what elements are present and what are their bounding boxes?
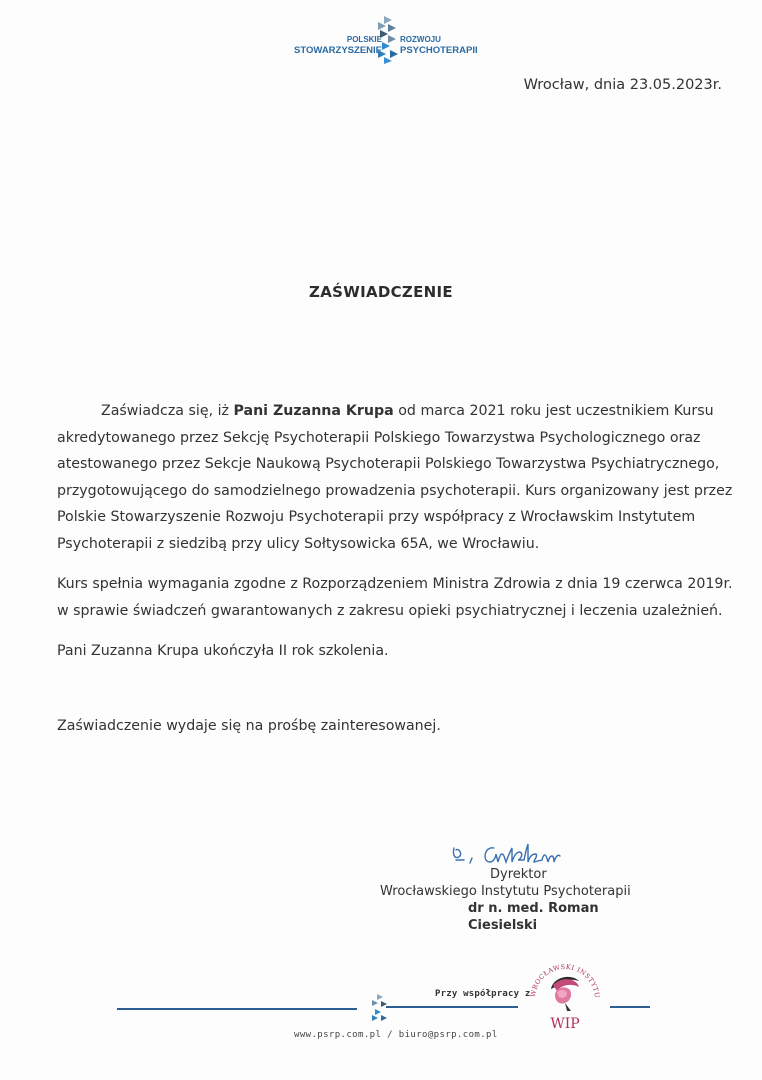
footer-contact: www.psrp.com.pl / biuro@psrp.com.pl: [294, 1030, 498, 1040]
footer-divider-right: [610, 1006, 650, 1008]
paragraph1-line4: przygotowującego do samodzielnego prowad…: [57, 478, 737, 505]
logo-text-left: POLSKIE STOWARZYSZENIE: [294, 34, 382, 56]
paragraph1-line6: Psychoterapii z siedzibą przy ulicy Sołt…: [57, 531, 737, 558]
logo-text-psychoterapii: PSYCHOTERAPII: [400, 45, 478, 56]
date-line: Wrocław, dnia 23.05.2023r.: [524, 77, 722, 93]
website-link[interactable]: www.psrp.com.pl: [294, 1030, 381, 1040]
paragraph-regulation: Kurs spełnia wymagania zgodne z Rozporzą…: [57, 571, 737, 624]
signature-block: Dyrektor Wrocławskiego Instytutu Psychot…: [380, 866, 640, 934]
paragraph1-line5: Polskie Stowarzyszenie Rozwoju Psychoter…: [57, 504, 737, 531]
paragraph1-line2: akredytowanego przez Sekcję Psychoterapi…: [57, 425, 737, 452]
logo-text-polskie: POLSKIE: [294, 34, 382, 45]
person-name: Pani Zuzanna Krupa: [233, 403, 393, 419]
cooperation-label: Przy współpracy z: [435, 989, 531, 999]
handwritten-signature: [450, 838, 610, 868]
footer-divider-middle: [386, 1006, 518, 1008]
paragraph-issuance: Zaświadczenie wydaje się na prośbę zaint…: [57, 713, 737, 740]
paragraph2-line2: w sprawie świadczeń gwarantowanych z zak…: [57, 598, 737, 625]
email-link[interactable]: biuro@psrp.com.pl: [399, 1030, 498, 1040]
footer-divider-left: [117, 1008, 357, 1010]
psrp-logo: POLSKIE STOWARZYSZENIE ROZWOJU PSYCHOTER…: [296, 14, 506, 64]
signatory-organization: Wrocławskiego Instytutu Psychoterapii: [380, 883, 640, 900]
paragraph-completion: Pani Zuzanna Krupa ukończyła II rok szko…: [57, 638, 737, 665]
signatory-role: Dyrektor: [380, 866, 640, 883]
paragraph1-line1: Zaświadcza się, iż Pani Zuzanna Krupa od…: [57, 398, 737, 425]
wip-logo: WROCŁAWSKI INSTYTUT PSYCHOTERAPII WIP: [523, 955, 607, 1035]
logo-text-stowarzyszenie: STOWARZYSZENIE: [294, 45, 382, 56]
contact-separator: /: [381, 1030, 398, 1040]
logo-text-rozwoju: ROZWOJU: [400, 34, 478, 45]
paragraph1-lead: Zaświadcza się, iż: [101, 403, 233, 419]
signatory-name: dr n. med. Roman Ciesielski: [380, 900, 640, 934]
paragraph1-line3: atestowanego przez Sekcje Naukową Psycho…: [57, 451, 737, 478]
paragraph1-line1-rest: od marca 2021 roku jest uczestnikiem Kur…: [394, 403, 714, 419]
paragraph2-line1: Kurs spełnia wymagania zgodne z Rozporzą…: [57, 571, 737, 598]
logo-text-right: ROZWOJU PSYCHOTERAPII: [400, 34, 478, 56]
logo-triangles-icon: [378, 16, 398, 64]
paragraph-course-info: Zaświadcza się, iż Pani Zuzanna Krupa od…: [57, 398, 737, 557]
document-body: Zaświadcza się, iż Pani Zuzanna Krupa od…: [57, 398, 737, 739]
wip-logo-text: WIP: [550, 1016, 579, 1032]
document-title: ZAŚWIADCZENIE: [0, 283, 762, 301]
footer-triangles-icon: [372, 994, 388, 1022]
